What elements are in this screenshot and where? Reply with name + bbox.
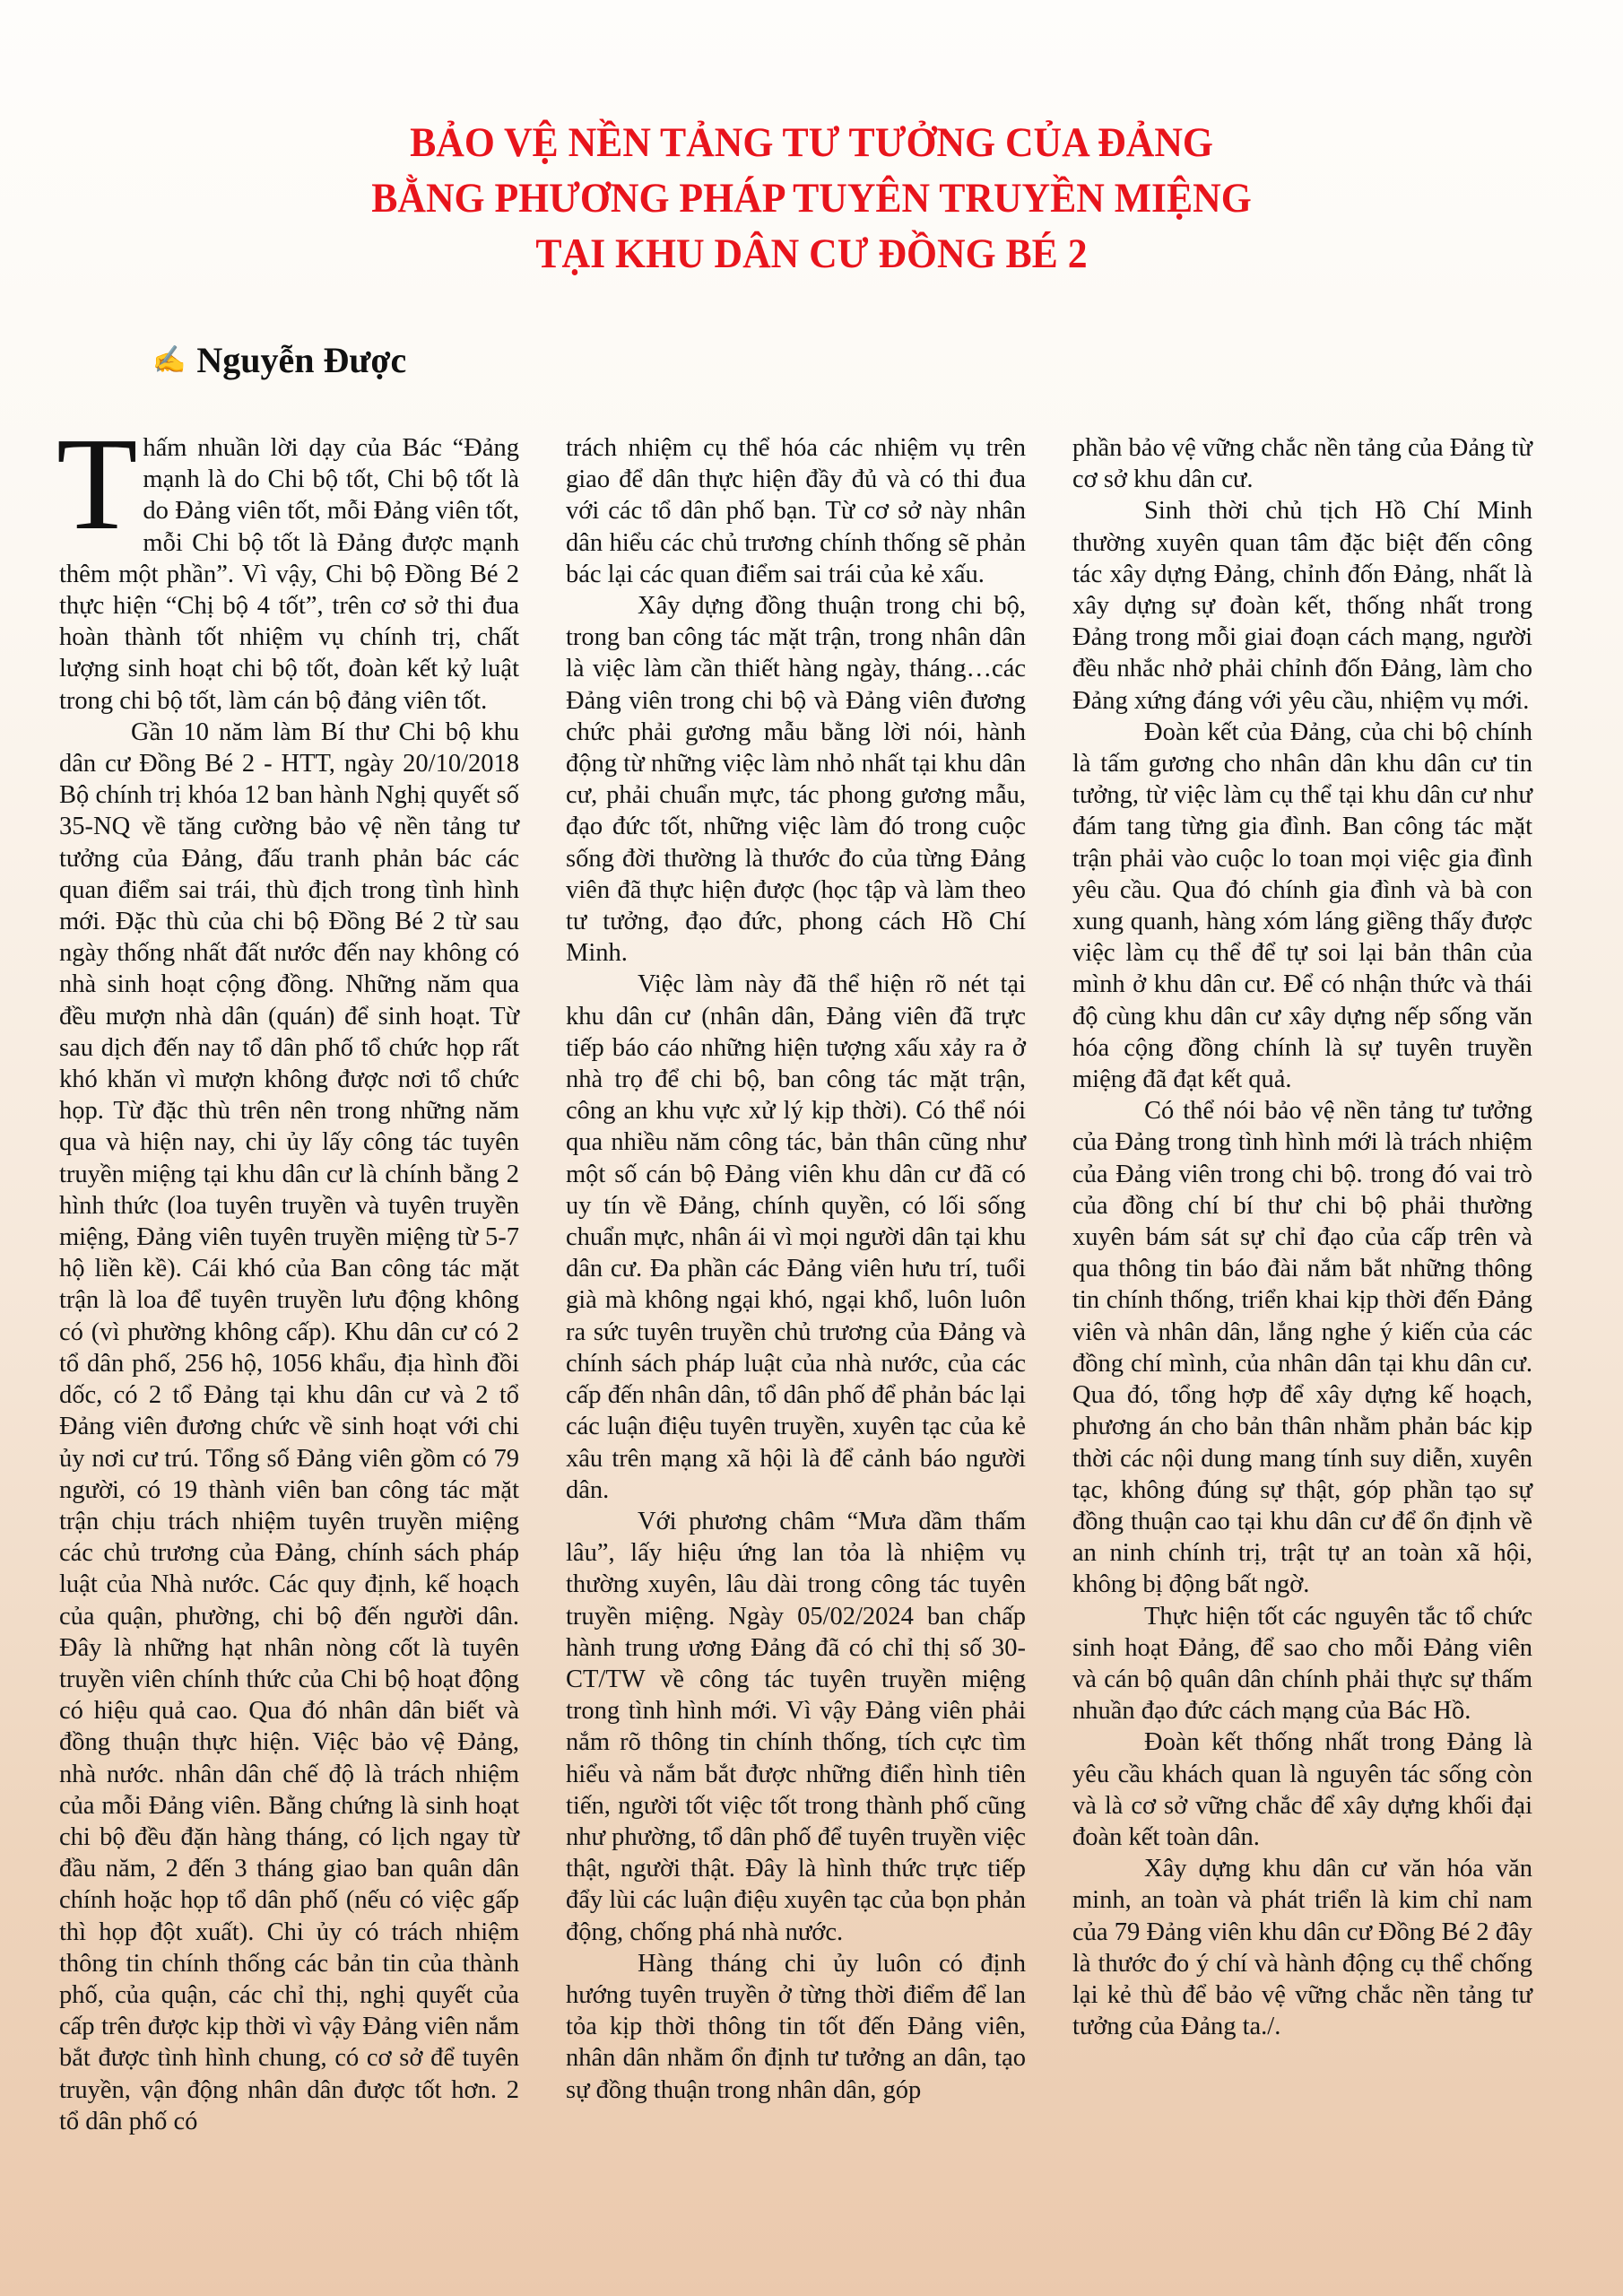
paragraph: Việc làm này đã thể hiện rõ nét tại khu …	[566, 969, 1026, 1505]
paragraph: Xây dựng đồng thuận trong chi bộ, trong …	[566, 590, 1026, 969]
column-1: Thấm nhuần lời dạy của Bác “Đảng mạnh là…	[59, 432, 519, 2137]
title-line-2: BẰNG PHƯƠNG PHÁP TUYÊN TRUYỀN MIỆNG	[307, 170, 1315, 226]
paragraph: Thực hiện tốt các nguyên tắc tổ chức sin…	[1072, 1601, 1532, 1727]
author-name: Nguyễn Được	[196, 339, 406, 382]
paragraph: Đoàn kết thống nhất trong Đảng là yêu cầ…	[1072, 1726, 1532, 1853]
paragraph: Đoàn kết của Đảng, của chi bộ chính là t…	[1072, 717, 1532, 1095]
column-2: trách nhiệm cụ thể hóa các nhiệm vụ trên…	[566, 432, 1026, 2137]
paragraph: Sinh thời chủ tịch Hồ Chí Minh thường xu…	[1072, 495, 1532, 716]
paragraph: trách nhiệm cụ thể hóa các nhiệm vụ trên…	[566, 432, 1026, 590]
paragraph: Với phương châm “Mưa dầm thấm lâu”, lấy …	[566, 1506, 1026, 1948]
paragraph: phần bảo vệ vững chắc nền tảng của Đảng …	[1072, 432, 1532, 495]
byline: ✍ Nguyễn Được	[152, 339, 406, 382]
column-3: phần bảo vệ vững chắc nền tảng của Đảng …	[1072, 432, 1532, 2137]
article-body: Thấm nhuần lời dạy của Bác “Đảng mạnh là…	[59, 432, 1532, 2137]
paragraph: Có thể nói bảo vệ nền tảng tư tưởng của …	[1072, 1095, 1532, 1600]
drop-cap: T	[56, 434, 137, 535]
paragraph: Hàng tháng chi ủy luôn có định hướng tuy…	[566, 1948, 1026, 2106]
article-title: BẢO VỆ NỀN TẢNG TƯ TƯỞNG CỦA ĐẢNG BẰNG P…	[269, 115, 1354, 282]
title-line-1: BẢO VỆ NỀN TẢNG TƯ TƯỞNG CỦA ĐẢNG	[307, 115, 1315, 170]
pen-writing-icon: ✍	[152, 343, 186, 378]
paragraph: Gần 10 năm làm Bí thư Chi bộ khu dân cư …	[59, 717, 519, 2137]
paragraph: Xây dựng khu dân cư văn hóa văn minh, an…	[1072, 1853, 1532, 2042]
title-line-3: TẠI KHU DÂN CƯ ĐỒNG BÉ 2	[307, 226, 1315, 282]
paragraph: Thấm nhuần lời dạy của Bác “Đảng mạnh là…	[59, 432, 519, 717]
